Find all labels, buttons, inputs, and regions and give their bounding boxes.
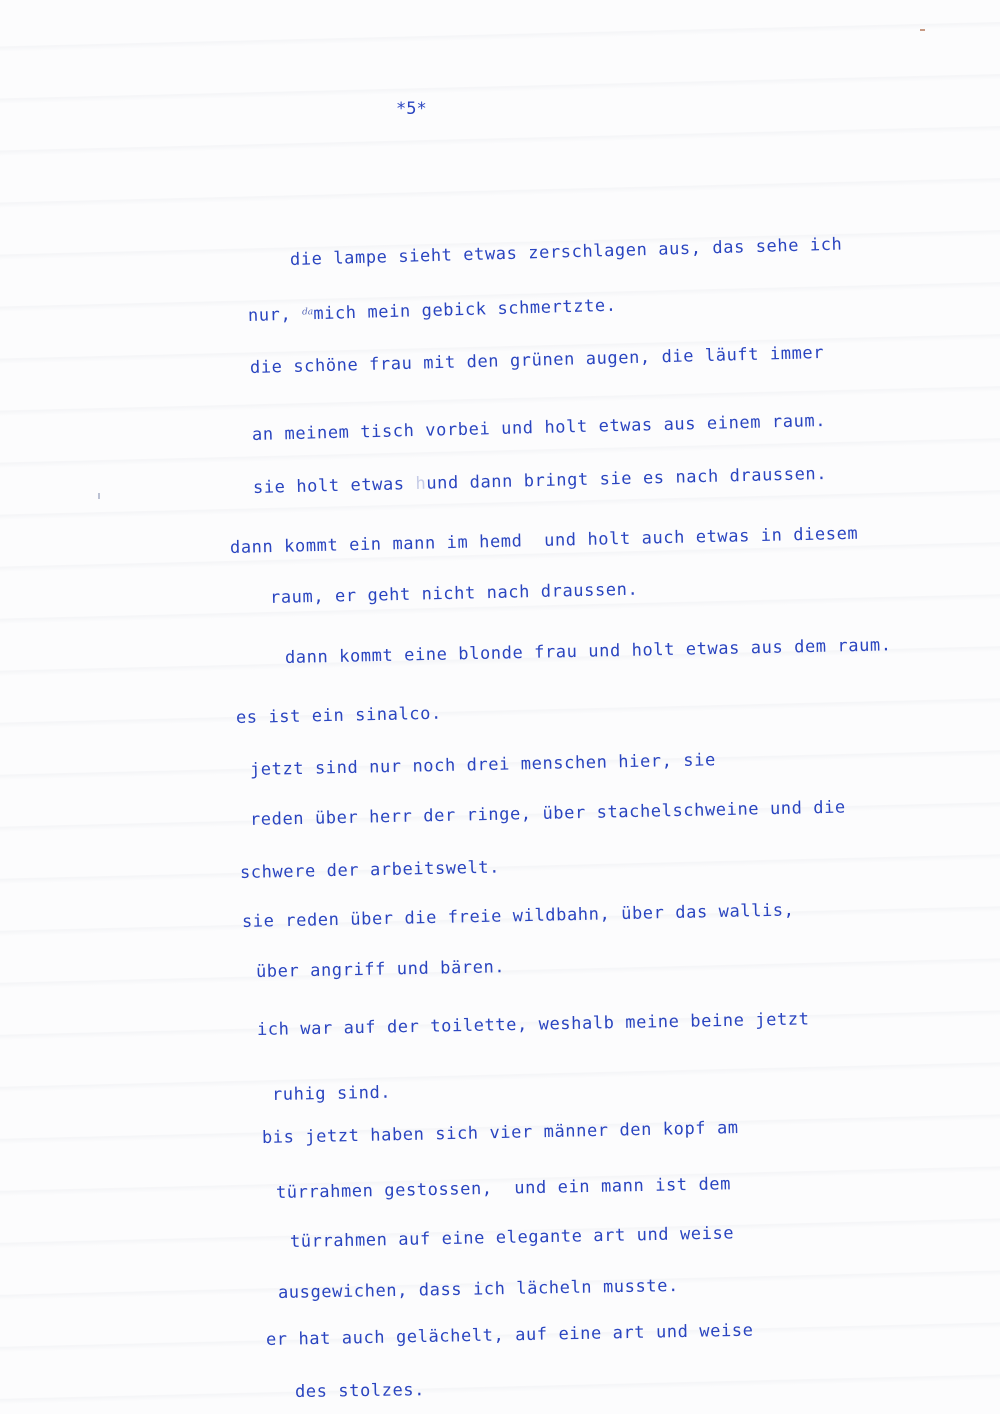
margin-ink-mark xyxy=(98,493,100,499)
line-segment: sie holt etwas xyxy=(253,474,416,498)
text-line: raum, er geht nicht nach draussen. xyxy=(270,580,639,608)
text-line: über angriff und bären. xyxy=(256,957,506,982)
text-line: bis jetzt haben sich vier männer den kop… xyxy=(262,1118,739,1148)
text-line: dann kommt eine blonde frau und holt etw… xyxy=(285,635,892,668)
text-line: jetzt sind nur noch drei menschen hier, … xyxy=(250,750,716,780)
text-line: reden über herr der ringe, über stachels… xyxy=(250,798,846,830)
text-line: türrahmen gestossen, und ein mann ist de… xyxy=(276,1174,731,1203)
text-line: dann kommt ein mann im hemd und holt auc… xyxy=(230,524,859,558)
text-line: nur, damich mein gebick schmertzte. xyxy=(248,296,617,326)
text-line: ich war auf der toilette, weshalb meine … xyxy=(257,1009,810,1040)
typewritten-page: *5* die lampe sieht etwas zerschlagen au… xyxy=(0,0,1000,1414)
text-line: es ist ein sinalco. xyxy=(236,704,442,728)
text-line: ruhig sind. xyxy=(272,1083,392,1105)
text-line: sie reden über die freie wildbahn, über … xyxy=(242,900,795,932)
text-line: er hat auch gelächelt, auf eine art und … xyxy=(266,1321,754,1350)
text-line: sie holt etwas hund dann bringt sie es n… xyxy=(253,464,828,498)
text-line: an meinem tisch vorbei und holt etwas au… xyxy=(252,411,827,445)
page-number: *5* xyxy=(396,99,427,119)
text-line: türrahmen auf eine elegante art und weis… xyxy=(290,1223,735,1252)
corner-ink-mark xyxy=(920,29,925,31)
text-line: ausgewichen, dass ich lächeln musste. xyxy=(278,1276,679,1303)
handwritten-insertion: da xyxy=(302,307,313,317)
line-segment: mich mein gebick schmertzte. xyxy=(313,296,617,324)
line-segment: und dann bringt sie es nach draussen. xyxy=(426,464,827,494)
text-line: die schöne frau mit den grünen augen, di… xyxy=(250,343,825,378)
text-line: die lampe sieht etwas zerschlagen aus, d… xyxy=(290,235,843,270)
text-line: schwere der arbeitswelt. xyxy=(240,858,500,883)
text-line: des stolzes. xyxy=(295,1380,425,1402)
line-segment: nur, xyxy=(248,304,303,326)
